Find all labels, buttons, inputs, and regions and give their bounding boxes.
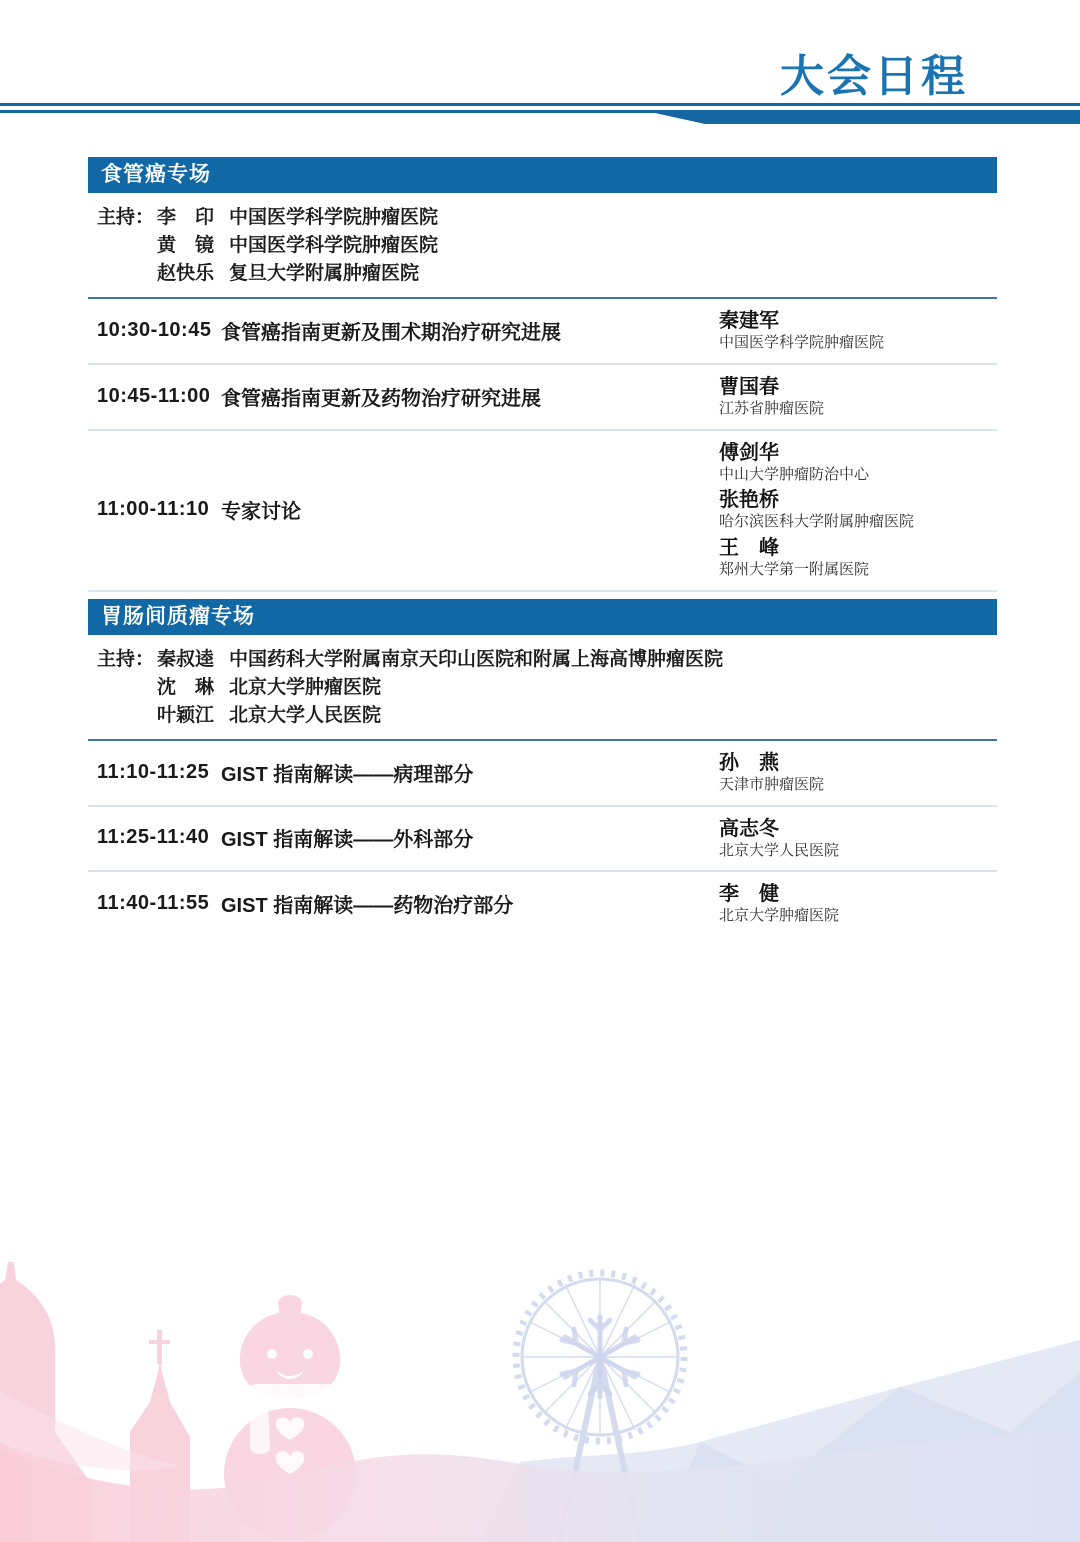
moderator-row: 叶颖江 北京大学人民医院 xyxy=(97,702,997,730)
speaker-affiliation: 郑州大学第一附属医院 xyxy=(719,561,997,580)
snowman-silhouette xyxy=(224,1295,356,1540)
page-header: 大会日程 xyxy=(0,0,1080,157)
speaker-affiliation: 北京大学肿瘤医院 xyxy=(719,907,997,926)
agenda-row: 10:45-11:00 食管癌指南更新及药物治疗研究进展 曹国春 江苏省肿瘤医院 xyxy=(88,363,997,429)
speakers-cell: 高志冬 北京大学人民医院 xyxy=(719,816,997,861)
talk-topic: GIST 指南解读——外科部分 xyxy=(221,823,719,852)
moderator-affiliation: 中国医学科学院肿瘤医院 xyxy=(229,204,997,232)
header-swoosh-bar xyxy=(655,110,1080,124)
session-title: 胃肠间质瘤专场 xyxy=(101,605,255,628)
moderator-affiliation: 北京大学人民医院 xyxy=(229,702,997,730)
session-title-bar: 胃肠间质瘤专场 xyxy=(88,599,997,635)
speaker-name: 李 健 xyxy=(719,881,997,907)
moderators-block: 主持： 李 印 中国医学科学院肿瘤医院 黄 镜 中国医学科学院肿瘤医院 赵快乐 … xyxy=(88,193,997,297)
speakers-cell: 秦建军 中国医学科学院肿瘤医院 xyxy=(719,308,997,353)
moderator-affiliation: 中国医学科学院肿瘤医院 xyxy=(229,232,997,260)
agenda-row: 10:30-10:45 食管癌指南更新及围术期治疗研究进展 秦建军 中国医学科学… xyxy=(88,299,997,363)
speaker-affiliation: 江苏省肿瘤医院 xyxy=(719,400,997,419)
snow-wave xyxy=(480,1340,1080,1542)
time-slot: 11:25-11:40 xyxy=(88,826,221,849)
speaker: 高志冬 北京大学人民医院 xyxy=(719,816,997,861)
speakers-cell: 傅剑华 中山大学肿瘤防治中心 张艳桥 哈尔滨医科大学附属肿瘤医院 王 峰 郑州大… xyxy=(719,440,997,580)
session-esophageal: 食管癌专场 主持： 李 印 中国医学科学院肿瘤医院 黄 镜 中国医学科学院肿瘤医… xyxy=(88,157,997,592)
speaker-affiliation: 北京大学人民医院 xyxy=(719,842,997,861)
speaker-affiliation: 中国医学科学院肿瘤医院 xyxy=(719,334,997,353)
talk-topic: GIST 指南解读——病理部分 xyxy=(221,758,719,787)
speaker: 王 峰 郑州大学第一附属医院 xyxy=(719,535,997,580)
moderator-row: 赵快乐 复旦大学附属肿瘤医院 xyxy=(97,260,997,288)
speaker: 李 健 北京大学肿瘤医院 xyxy=(719,881,997,926)
ferris-wheel-silhouette xyxy=(516,1273,684,1542)
speaker: 秦建军 中国医学科学院肿瘤医院 xyxy=(719,308,997,353)
snow-wave xyxy=(0,1430,1080,1542)
speaker-affiliation: 天津市肿瘤医院 xyxy=(719,776,997,795)
speaker-name: 高志冬 xyxy=(719,816,997,842)
time-slot: 10:30-10:45 xyxy=(88,319,221,342)
session-title-bar: 食管癌专场 xyxy=(88,157,997,193)
agenda-row: 11:25-11:40 GIST 指南解读——外科部分 高志冬 北京大学人民医院 xyxy=(88,805,997,871)
session-gist: 胃肠间质瘤专场 主持： 秦叔逵 中国药科大学附属南京天印山医院和附属上海高博肿瘤… xyxy=(88,599,997,936)
speaker-name: 曹国春 xyxy=(719,374,997,400)
time-slot: 11:40-11:55 xyxy=(88,892,221,915)
speaker-name: 孙 燕 xyxy=(719,750,997,776)
moderator-row: 沈 琳 北京大学肿瘤医院 xyxy=(97,674,997,702)
page-title: 大会日程 xyxy=(780,40,968,104)
talk-topic: 食管癌指南更新及药物治疗研究进展 xyxy=(221,382,719,411)
header-rule-top xyxy=(0,103,1080,106)
session-title: 食管癌专场 xyxy=(101,163,211,186)
speaker: 曹国春 江苏省肿瘤医院 xyxy=(719,374,997,419)
speaker: 张艳桥 哈尔滨医科大学附属肿瘤医院 xyxy=(719,487,997,532)
time-slot: 11:00-11:10 xyxy=(88,498,221,521)
speakers-cell: 李 健 北京大学肿瘤医院 xyxy=(719,881,997,926)
talk-topic: 专家讨论 xyxy=(221,495,719,524)
moderator-name: 叶颖江 xyxy=(157,702,229,730)
session-rows: 10:30-10:45 食管癌指南更新及围术期治疗研究进展 秦建军 中国医学科学… xyxy=(88,299,997,592)
talk-topic: GIST 指南解读——药物治疗部分 xyxy=(221,889,719,918)
time-slot: 10:45-11:00 xyxy=(88,385,221,408)
agenda-content: 食管癌专场 主持： 李 印 中国医学科学院肿瘤医院 黄 镜 中国医学科学院肿瘤医… xyxy=(88,157,997,936)
speaker-name: 张艳桥 xyxy=(719,487,997,513)
moderator-affiliation: 复旦大学附属肿瘤医院 xyxy=(229,260,997,288)
moderators-block: 主持： 秦叔逵 中国药科大学附属南京天印山医院和附属上海高博肿瘤医院 沈 琳 北… xyxy=(88,635,997,739)
speakers-cell: 孙 燕 天津市肿瘤医院 xyxy=(719,750,997,795)
speaker-affiliation: 哈尔滨医科大学附属肿瘤医院 xyxy=(719,513,997,532)
speaker-name: 秦建军 xyxy=(719,308,997,334)
agenda-row: 11:00-11:10 专家讨论 傅剑华 中山大学肿瘤防治中心 张艳桥 哈尔滨医… xyxy=(88,429,997,590)
speaker: 傅剑华 中山大学肿瘤防治中心 xyxy=(719,440,997,485)
heart-buttons xyxy=(276,1417,304,1474)
moderator-affiliation: 中国药科大学附属南京天印山医院和附属上海高博肿瘤医院 xyxy=(229,646,997,674)
agenda-row: 11:10-11:25 GIST 指南解读——病理部分 孙 燕 天津市肿瘤医院 xyxy=(88,741,997,805)
moderator-affiliation: 北京大学肿瘤医院 xyxy=(229,674,997,702)
moderator-name: 赵快乐 xyxy=(157,260,229,288)
agenda-row: 11:40-11:55 GIST 指南解读——药物治疗部分 李 健 北京大学肿瘤… xyxy=(88,870,997,936)
moderator-row: 黄 镜 中国医学科学院肿瘤医院 xyxy=(97,232,997,260)
moderator-name: 沈 琳 xyxy=(157,674,229,702)
session-rows: 11:10-11:25 GIST 指南解读——病理部分 孙 燕 天津市肿瘤医院 … xyxy=(88,741,997,936)
speaker: 孙 燕 天津市肿瘤医院 xyxy=(719,750,997,795)
moderators-label: 主持： xyxy=(97,646,157,674)
time-slot: 11:10-11:25 xyxy=(88,761,221,784)
speaker-name: 傅剑华 xyxy=(719,440,997,466)
moderator-name: 李 印 xyxy=(157,204,229,232)
moderator-row: 主持： 秦叔逵 中国药科大学附属南京天印山医院和附属上海高博肿瘤医院 xyxy=(97,646,997,674)
moderator-row: 主持： 李 印 中国医学科学院肿瘤医院 xyxy=(97,204,997,232)
talk-topic: 食管癌指南更新及围术期治疗研究进展 xyxy=(221,316,719,345)
cathedral-silhouette xyxy=(0,1262,190,1542)
moderators-label: 主持： xyxy=(97,204,157,232)
speaker-name: 王 峰 xyxy=(719,535,997,561)
footer-decoration xyxy=(0,1252,1080,1542)
snowflake-icon xyxy=(562,1317,638,1397)
moderator-name: 黄 镜 xyxy=(157,232,229,260)
moderator-name: 秦叔逵 xyxy=(157,646,229,674)
speakers-cell: 曹国春 江苏省肿瘤医院 xyxy=(719,374,997,419)
speaker-affiliation: 中山大学肿瘤防治中心 xyxy=(719,466,997,485)
